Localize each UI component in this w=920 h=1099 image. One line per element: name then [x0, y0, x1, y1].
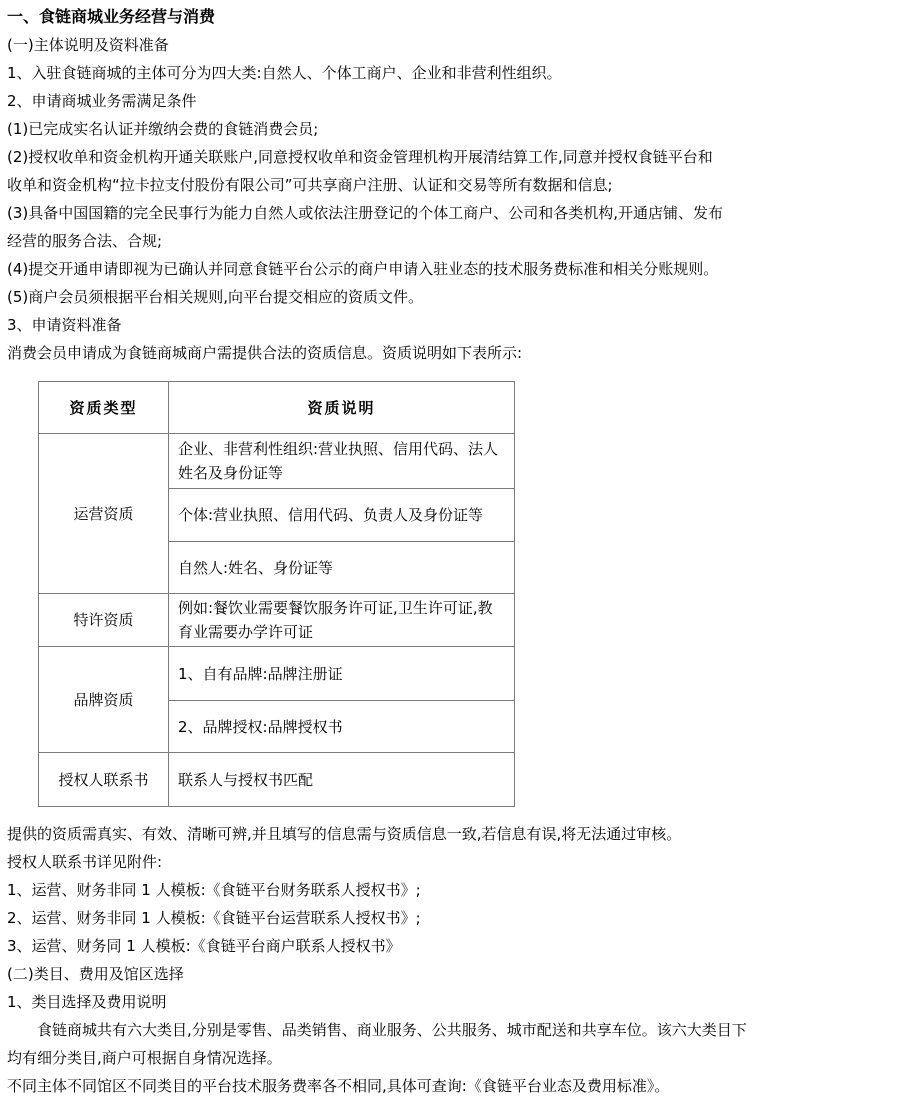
qualification-desc-cell: 联系人与授权书匹配: [169, 753, 515, 807]
qualification-type-cell: 授权人联系书: [39, 753, 169, 807]
qualification-desc-cell: 例如:餐饮业需要餐饮服务许可证,卫生许可证,教育业需要办学许可证: [169, 594, 515, 647]
paragraph-line: 1、运营、财务非同 1 人模板:《食链平台财务联系人授权书》;: [7, 876, 912, 904]
table-header-qualification-type: 资质类型: [39, 382, 169, 434]
page-title: 一、食链商城业务经营与消费: [7, 3, 912, 31]
paragraph-line: (4)提交开通申请即视为已确认并同意食链平台公示的商户申请入驻业态的技术服务费标…: [7, 255, 912, 283]
table-header-row: 资质类型 资质说明: [39, 382, 515, 434]
qualification-type-cell: 特许资质: [39, 594, 169, 647]
qualification-desc-cell: 2、品牌授权:品牌授权书: [169, 701, 515, 753]
table-row: 特许资质 例如:餐饮业需要餐饮服务许可证,卫生许可证,教育业需要办学许可证: [39, 594, 515, 647]
paragraph-line: 提供的资质需真实、有效、清晰可辨,并且填写的信息需与资质信息一致,若信息有误,将…: [7, 820, 912, 848]
table-header-qualification-desc: 资质说明: [169, 382, 515, 434]
paragraph-line: 3、运营、财务同 1 人模板:《食链平台商户联系人授权书》: [7, 932, 912, 960]
qualification-type-cell: 品牌资质: [39, 647, 169, 753]
qualification-desc-cell: 1、自有品牌:品牌注册证: [169, 647, 515, 701]
paragraph-line: 收单和资金机构“拉卡拉支付股份有限公司”可共享商户注册、认证和交易等所有数据和信…: [7, 171, 912, 199]
paragraph-line: 食链商城共有六大类目,分别是零售、品类销售、商业服务、公共服务、城市配送和共享车…: [7, 1016, 912, 1044]
paragraph-line: 1、入驻食链商城的主体可分为四大类:自然人、个体工商户、企业和非营利性组织。: [7, 59, 912, 87]
paragraph-line: 2、申请商城业务需满足条件: [7, 87, 912, 115]
paragraph-line: (二)类目、费用及馆区选择: [7, 960, 912, 988]
paragraph-line: (一)主体说明及资料准备: [7, 31, 912, 59]
qualification-desc-cell: 个体:营业执照、信用代码、负责人及身份证等: [169, 489, 515, 542]
paragraph-line: 均有细分类目,商户可根据自身情况选择。: [7, 1044, 912, 1072]
paragraph-line: 1、类目选择及费用说明: [7, 988, 912, 1016]
qualification-desc-cell: 企业、非营利性组织:营业执照、信用代码、法人姓名及身份证等: [169, 434, 515, 489]
qualification-desc-cell: 自然人:姓名、身份证等: [169, 542, 515, 594]
paragraph-line: (5)商户会员须根据平台相关规则,向平台提交相应的资质文件。: [7, 283, 912, 311]
paragraph-line: (3)具备中国国籍的完全民事行为能力自然人或依法注册登记的个体工商户、公司和各类…: [7, 199, 912, 227]
table-row: 运营资质 企业、非营利性组织:营业执照、信用代码、法人姓名及身份证等: [39, 434, 515, 489]
paragraph-line: 授权人联系书详见附件:: [7, 848, 912, 876]
paragraph-line: 3、申请资料准备: [7, 311, 912, 339]
table-row: 授权人联系书 联系人与授权书匹配: [39, 753, 515, 807]
paragraph-line: (1)已完成实名认证并缴纳会费的食链消费会员;: [7, 115, 912, 143]
qualification-type-cell: 运营资质: [39, 434, 169, 594]
document-page: 一、食链商城业务经营与消费 (一)主体说明及资料准备 1、入驻食链商城的主体可分…: [0, 0, 920, 1099]
paragraph-line: (2)授权收单和资金机构开通关联账户,同意授权收单和资金管理机构开展清结算工作,…: [7, 143, 912, 171]
paragraph-line: 经营的服务合法、合规;: [7, 227, 912, 255]
paragraph-line: 消费会员申请成为食链商城商户需提供合法的资质信息。资质说明如下表所示:: [7, 339, 912, 367]
paragraph-line: 不同主体不同馆区不同类目的平台技术服务费率各不相同,具体可查询:《食链平台业态及…: [7, 1072, 912, 1099]
paragraph-line: 2、运营、财务非同 1 人模板:《食链平台运营联系人授权书》;: [7, 904, 912, 932]
table-row: 品牌资质 1、自有品牌:品牌注册证: [39, 647, 515, 701]
qualification-table: 资质类型 资质说明 运营资质 企业、非营利性组织:营业执照、信用代码、法人姓名及…: [38, 381, 515, 807]
